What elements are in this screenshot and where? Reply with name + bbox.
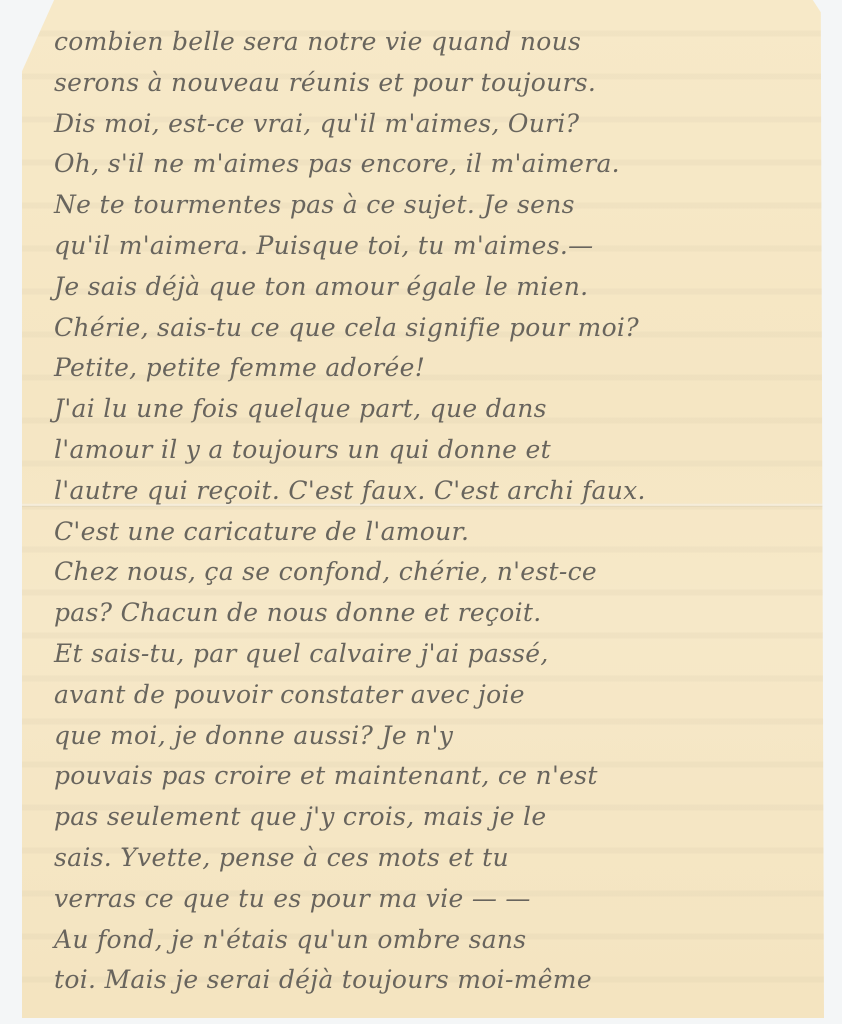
text-line: Chez nous, ça se confond, chérie, n'est-… bbox=[54, 552, 824, 593]
text-line: avant de pouvoir constater avec joie bbox=[54, 675, 824, 716]
text-line: pas? Chacun de nous donne et reçoit. bbox=[54, 593, 824, 634]
handwritten-text-block: combien belle sera notre vie quand nous … bbox=[54, 22, 824, 1001]
text-line: l'amour il y a toujours un qui donne et bbox=[54, 430, 824, 471]
text-line: qu'il m'aimera. Puisque toi, tu m'aimes.… bbox=[54, 226, 824, 267]
text-line: C'est une caricature de l'amour. bbox=[54, 512, 824, 553]
text-line: Chérie, sais-tu ce que cela signifie pou… bbox=[54, 308, 824, 349]
text-line: Dis moi, est-ce vrai, qu'il m'aimes, Our… bbox=[54, 104, 824, 145]
text-line: sais. Yvette, pense à ces mots et tu bbox=[54, 838, 824, 879]
text-line: pas seulement que j'y crois, mais je le bbox=[54, 797, 824, 838]
text-line: que moi, je donne aussi? Je n'y bbox=[54, 716, 824, 757]
text-line: Ne te tourmentes pas à ce sujet. Je sens bbox=[54, 185, 824, 226]
text-line: verras ce que tu es pour ma vie — — bbox=[54, 879, 824, 920]
text-line: pouvais pas croire et maintenant, ce n'e… bbox=[54, 756, 824, 797]
text-line: Au fond, je n'étais qu'un ombre sans bbox=[54, 920, 824, 961]
text-line: l'autre qui reçoit. C'est faux. C'est ar… bbox=[54, 471, 824, 512]
text-line: Je sais déjà que ton amour égale le mien… bbox=[54, 267, 824, 308]
text-line: combien belle sera notre vie quand nous bbox=[54, 22, 824, 63]
letter-page: combien belle sera notre vie quand nous … bbox=[22, 0, 824, 1018]
text-line: J'ai lu une fois quelque part, que dans bbox=[54, 389, 824, 430]
text-line: Petite, petite femme adorée! bbox=[54, 348, 824, 389]
text-line: toi. Mais je serai déjà toujours moi-mêm… bbox=[54, 960, 824, 1001]
text-line: serons à nouveau réunis et pour toujours… bbox=[54, 63, 824, 104]
text-line: Et sais-tu, par quel calvaire j'ai passé… bbox=[54, 634, 824, 675]
text-line: Oh, s'il ne m'aimes pas encore, il m'aim… bbox=[54, 144, 824, 185]
